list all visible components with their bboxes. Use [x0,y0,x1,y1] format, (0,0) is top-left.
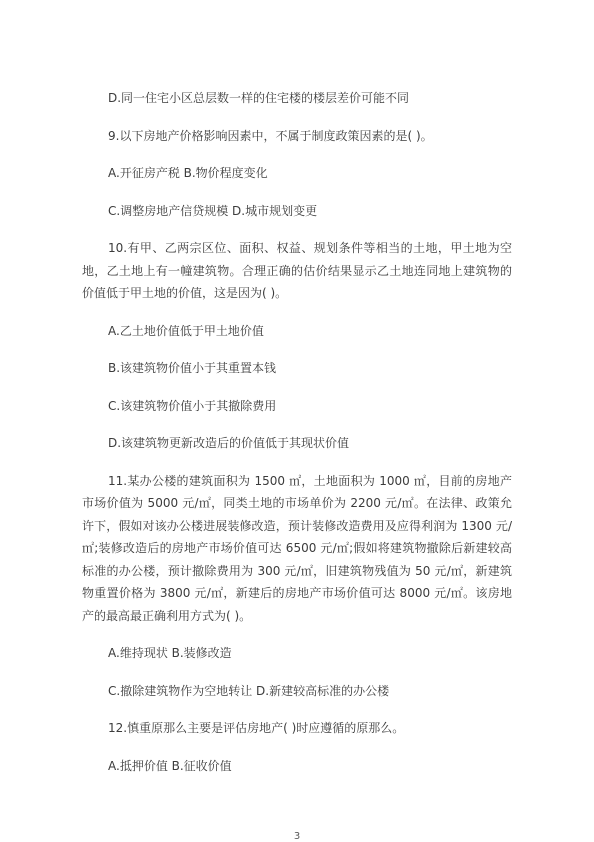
q12-stem: 12.慎重原那么主要是评估房地产( )时应遵循的原那么。 [82,717,512,740]
q10-option-c: C.该建筑物价值小于其撤除费用 [82,395,512,418]
q10-option-d: D.该建筑物更新改造后的价值低于其现状价值 [82,432,512,455]
q9-stem: 9.以下房地产价格影响因素中，不属于制度政策因素的是( )。 [82,125,512,148]
page-body-text: D.同一住宅小区总层数一样的住宅楼的楼层差价可能不同 9.以下房地产价格影响因素… [82,87,512,792]
page-number: 3 [294,831,300,842]
q11-options-ab: A.维持现状 B.装修改造 [82,642,512,665]
q10-stem: 10.有甲、乙两宗区位、面积、权益、规划条件等相当的土地，甲土地为空地，乙土地上… [82,237,512,305]
q9-options-ab: A.开征房产税 B.物价程度变化 [82,162,512,185]
q10-option-b: B.该建筑物价值小于其重置本钱 [82,357,512,380]
document-page: D.同一住宅小区总层数一样的住宅楼的楼层差价可能不同 9.以下房地产价格影响因素… [0,0,594,842]
q12-options-ab: A.抵押价值 B.征收价值 [82,755,512,778]
q10-option-a: A.乙土地价值低于甲土地价值 [82,320,512,343]
q9-options-cd: C.调整房地产信贷规模 D.城市规划变更 [82,200,512,223]
page-footer: 3 [0,824,594,842]
q11-options-cd: C.撤除建筑物作为空地转让 D.新建较高标准的办公楼 [82,680,512,703]
q11-stem: 11.某办公楼的建筑面积为 1500 ㎡，土地面积为 1000 ㎡，目前的房地产… [82,470,512,628]
q8-option-d: D.同一住宅小区总层数一样的住宅楼的楼层差价可能不同 [82,87,512,110]
